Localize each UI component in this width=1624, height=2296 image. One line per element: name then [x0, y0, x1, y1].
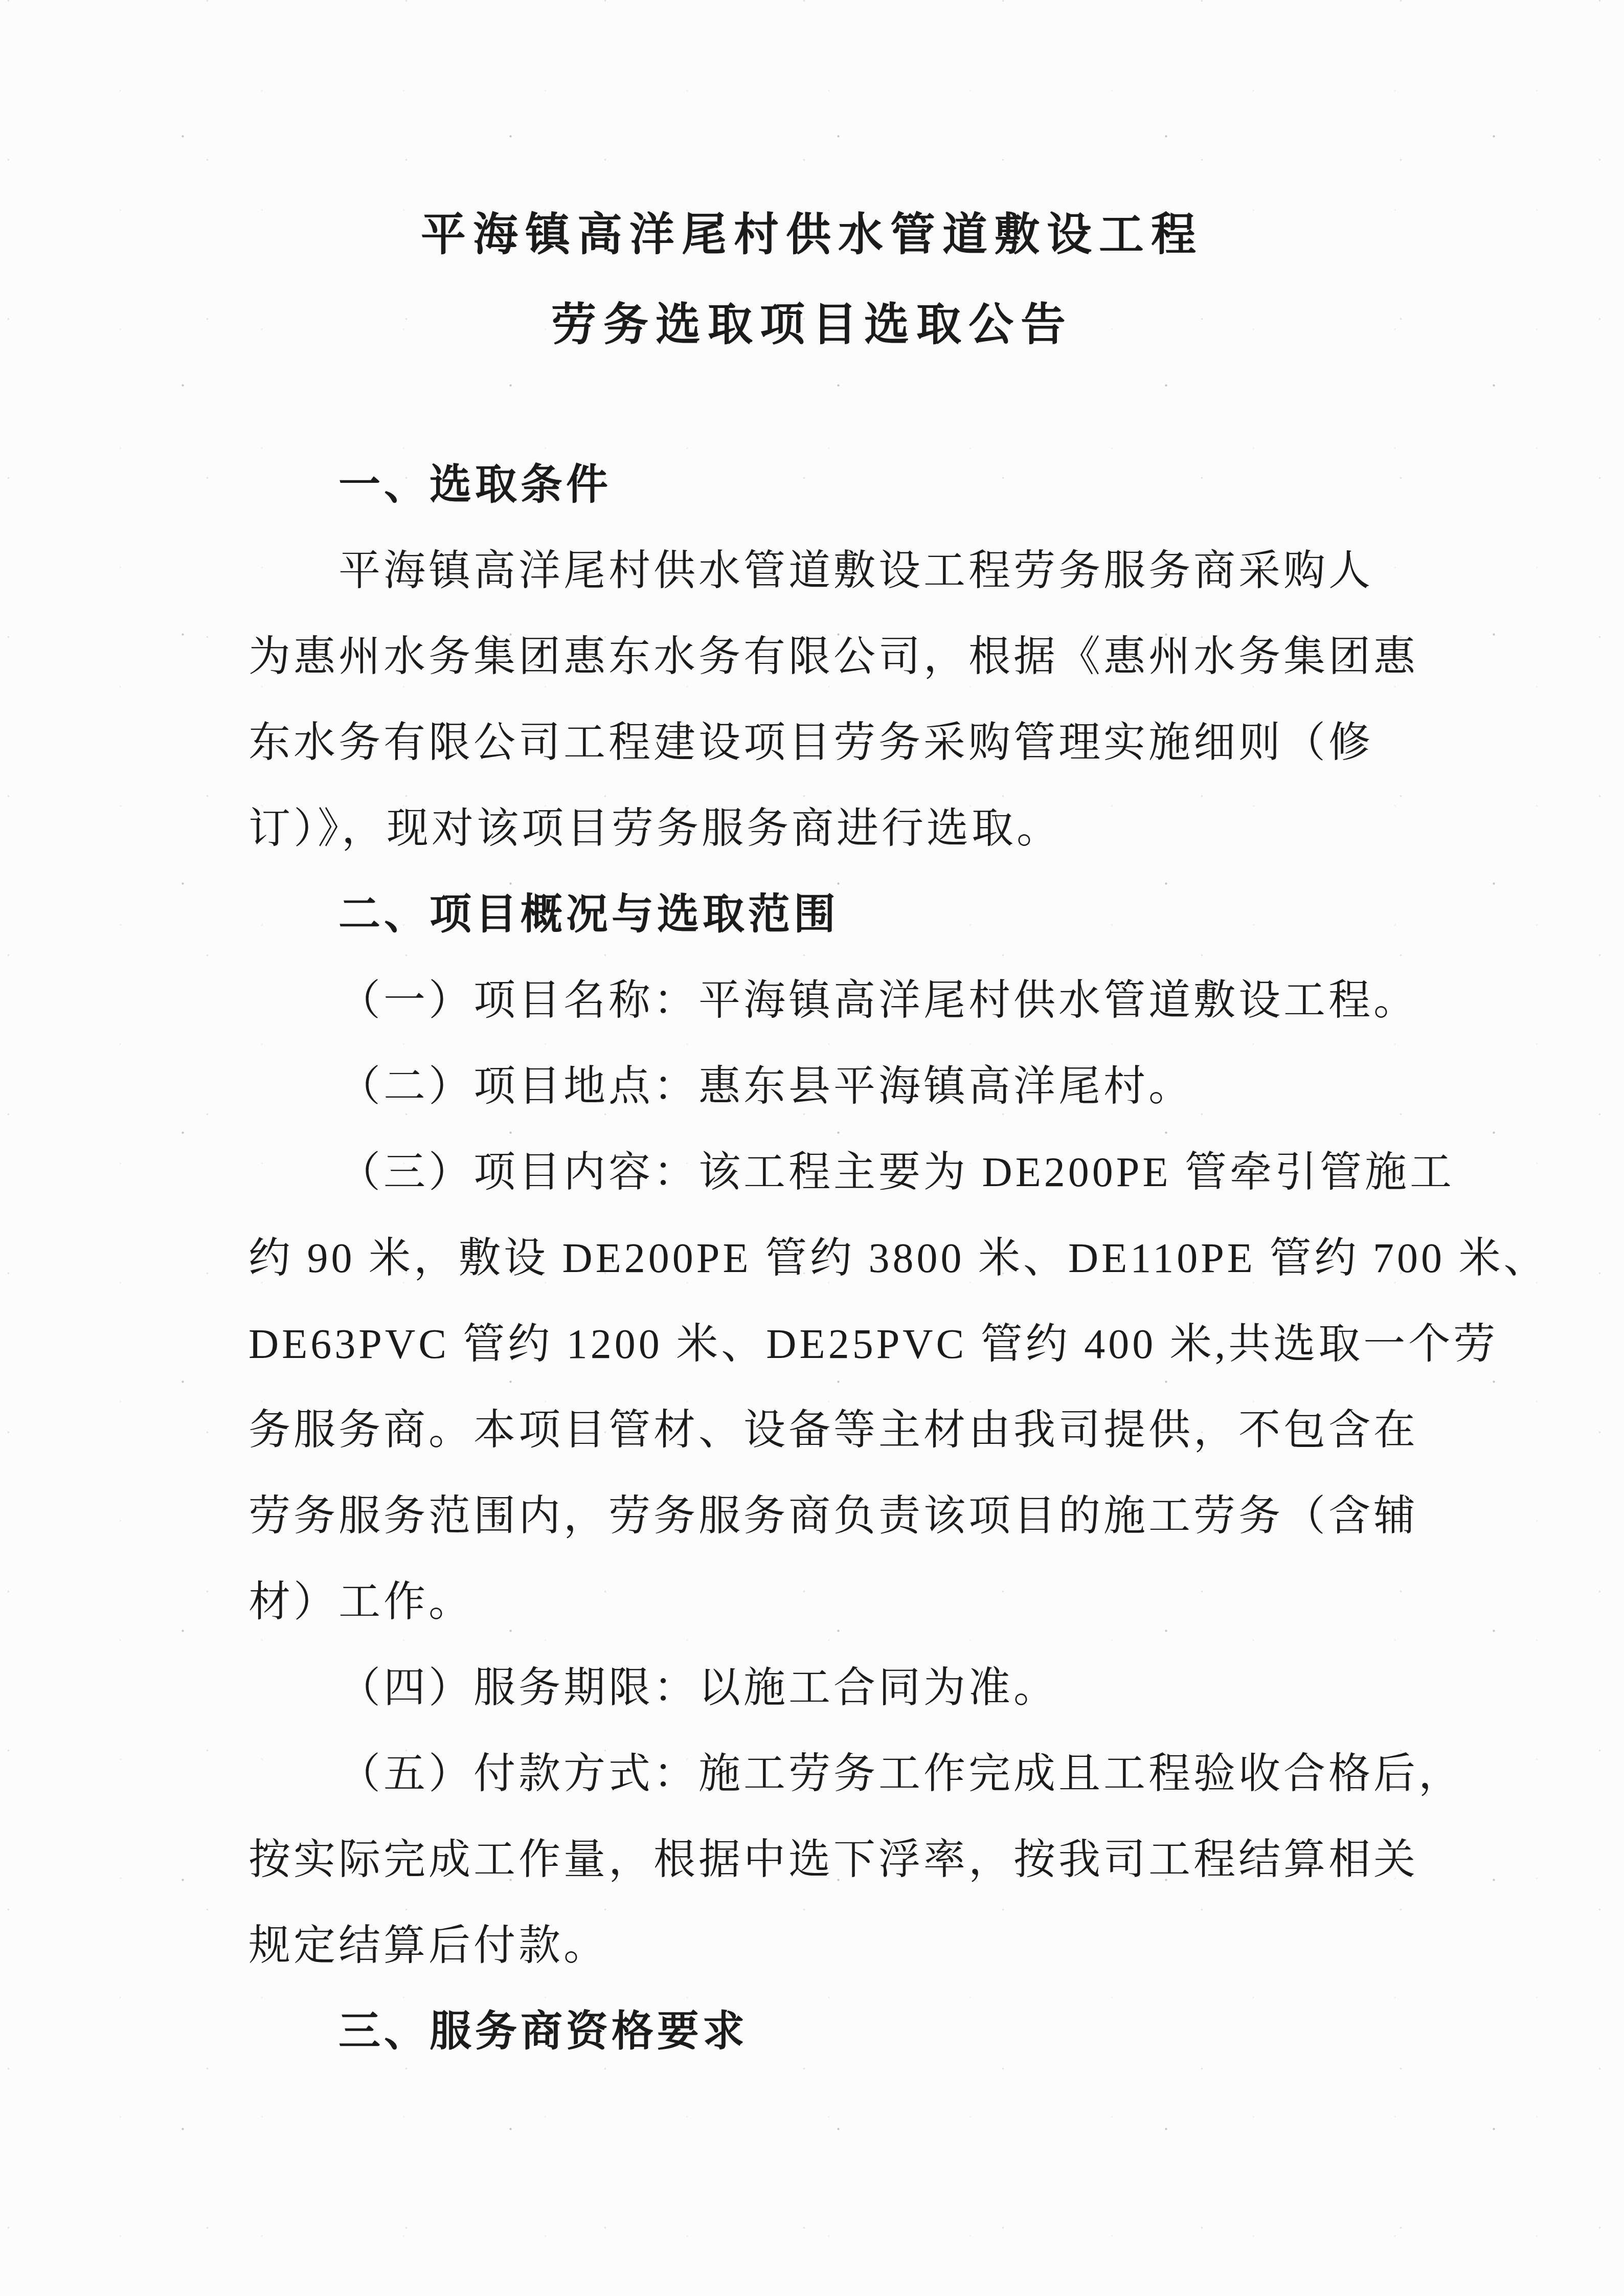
text-line: 东水务有限公司工程建设项目劳务采购管理实施细则（修: [249, 700, 1430, 786]
text-line: （五）付款方式：施工劳务工作完成且工程验收合格后，: [249, 1731, 1430, 1817]
document-body: 一、选取条件平海镇高洋尾村供水管道敷设工程劳务服务商采购人为惠州水务集团惠东水务…: [249, 442, 1430, 2075]
title-line-1: 平海镇高洋尾村供水管道敷设工程: [0, 190, 1624, 280]
title-line-2: 劳务选取项目选取公告: [0, 280, 1624, 370]
text-line: 约 90 米，敷设 DE200PE 管约 3800 米、DE110PE 管约 7…: [249, 1215, 1430, 1301]
section-heading-line: 三、服务商资格要求: [249, 1989, 1430, 2075]
text-line: 平海镇高洋尾村供水管道敷设工程劳务服务商采购人: [249, 528, 1430, 614]
document-title: 平海镇高洋尾村供水管道敷设工程 劳务选取项目选取公告: [0, 190, 1624, 370]
section-heading-line: 一、选取条件: [249, 442, 1430, 528]
scanned-document-page: 平海镇高洋尾村供水管道敷设工程 劳务选取项目选取公告 一、选取条件平海镇高洋尾村…: [0, 0, 1624, 2296]
section-heading-line: 二、项目概况与选取范围: [249, 872, 1430, 957]
text-line: （一）项目名称：平海镇高洋尾村供水管道敷设工程。: [249, 957, 1430, 1043]
text-line: （四）服务期限：以施工合同为准。: [249, 1645, 1430, 1731]
text-line: 规定结算后付款。: [249, 1903, 1430, 1989]
text-line: 材）工作。: [249, 1559, 1430, 1645]
text-line: （二）项目地点：惠东县平海镇高洋尾村。: [249, 1043, 1430, 1129]
text-line: 劳务服务范围内，劳务服务商负责该项目的施工劳务（含辅: [249, 1473, 1430, 1559]
text-line: （三）项目内容：该工程主要为 DE200PE 管牵引管施工: [249, 1129, 1430, 1215]
text-line: 按实际完成工作量，根据中选下浮率，按我司工程结算相关: [249, 1817, 1430, 1903]
text-line: 务服务商。本项目管材、设备等主材由我司提供，不包含在: [249, 1387, 1430, 1473]
text-line: 为惠州水务集团惠东水务有限公司，根据《惠州水务集团惠: [249, 614, 1430, 700]
text-line: DE63PVC 管约 1200 米、DE25PVC 管约 400 米,共选取一个…: [249, 1301, 1430, 1387]
text-line: 订）》，现对该项目劳务服务商进行选取。: [249, 786, 1430, 872]
